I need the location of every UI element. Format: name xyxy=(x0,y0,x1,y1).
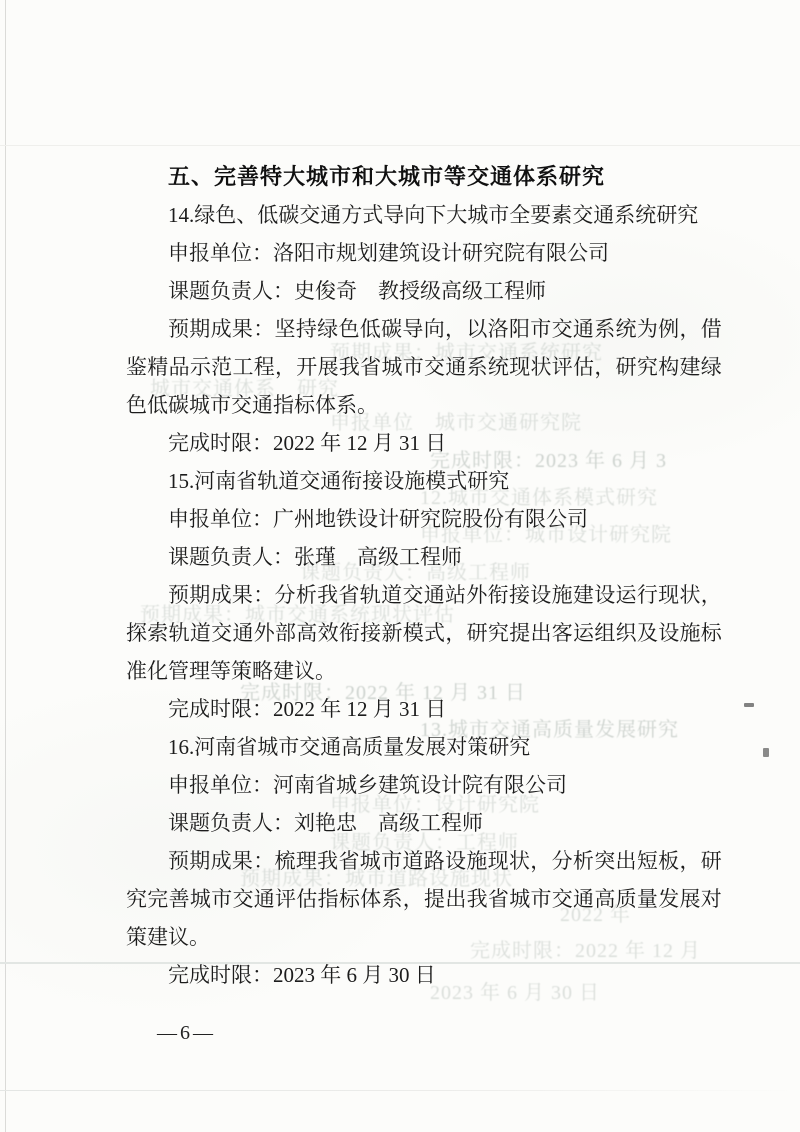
text-line: 探索轨道交通外部高效衔接新模式，研究提出客运组织及设施标 xyxy=(126,614,722,652)
text-line: 16.河南省城市交通高质量发展对策研究 xyxy=(126,728,722,766)
scan-fold-line-bottom xyxy=(0,1090,800,1091)
text-line: 预期成果：梳理我省城市道路设施现状，分析突出短板，研 xyxy=(126,842,722,880)
text-line: 申报单位：广州地铁设计研究院股份有限公司 xyxy=(126,500,722,538)
text-line: 课题负责人：史俊奇 教授级高级工程师 xyxy=(126,272,722,310)
text-line: 预期成果：坚持绿色低碳导向，以洛阳市交通系统为例，借 xyxy=(126,310,722,348)
text-line: 15.河南省轨道交通衔接设施模式研究 xyxy=(126,462,722,500)
scan-speck xyxy=(744,703,754,707)
text-line: 鉴精品示范工程，开展我省城市交通系统现状评估，研究构建绿 xyxy=(126,348,722,386)
text-line: 课题负责人：张瑾 高级工程师 xyxy=(126,538,722,576)
text-line: 究完善城市交通评估指标体系，提出我省城市交通高质量发展对 xyxy=(126,880,722,918)
text-line: 预期成果：分析我省轨道交通站外衔接设施建设运行现状， xyxy=(126,576,722,614)
text-line: 策建议。 xyxy=(126,918,722,956)
text-line: 完成时限：2022 年 12 月 31 日 xyxy=(126,690,722,728)
scanned-document-page: 预期成果：城市交通系统研究城市交通体系 研究申报单位 城市交通研究院完成时限：2… xyxy=(0,0,800,1132)
page-number: —6— xyxy=(157,1022,216,1045)
text-line: 课题负责人：刘艳忠 高级工程师 xyxy=(126,804,722,842)
text-line: 完成时限：2022 年 12 月 31 日 xyxy=(126,424,722,462)
text-line: 申报单位：河南省城乡建筑设计院有限公司 xyxy=(126,766,722,804)
text-line: 申报单位：洛阳市规划建筑设计研究院有限公司 xyxy=(126,234,722,272)
text-line: 完成时限：2023 年 6 月 30 日 xyxy=(126,956,722,994)
document-body: 五、完善特大城市和大城市等交通体系研究14.绿色、低碳交通方式导向下大城市全要素… xyxy=(126,158,722,994)
section-heading: 五、完善特大城市和大城市等交通体系研究 xyxy=(126,158,722,196)
scan-speck xyxy=(763,748,769,757)
text-line: 色低碳城市交通指标体系。 xyxy=(126,386,722,424)
text-line: 14.绿色、低碳交通方式导向下大城市全要素交通系统研究 xyxy=(126,196,722,234)
text-line: 准化管理等策略建议。 xyxy=(126,652,722,690)
scan-fold-line-top xyxy=(0,145,800,146)
